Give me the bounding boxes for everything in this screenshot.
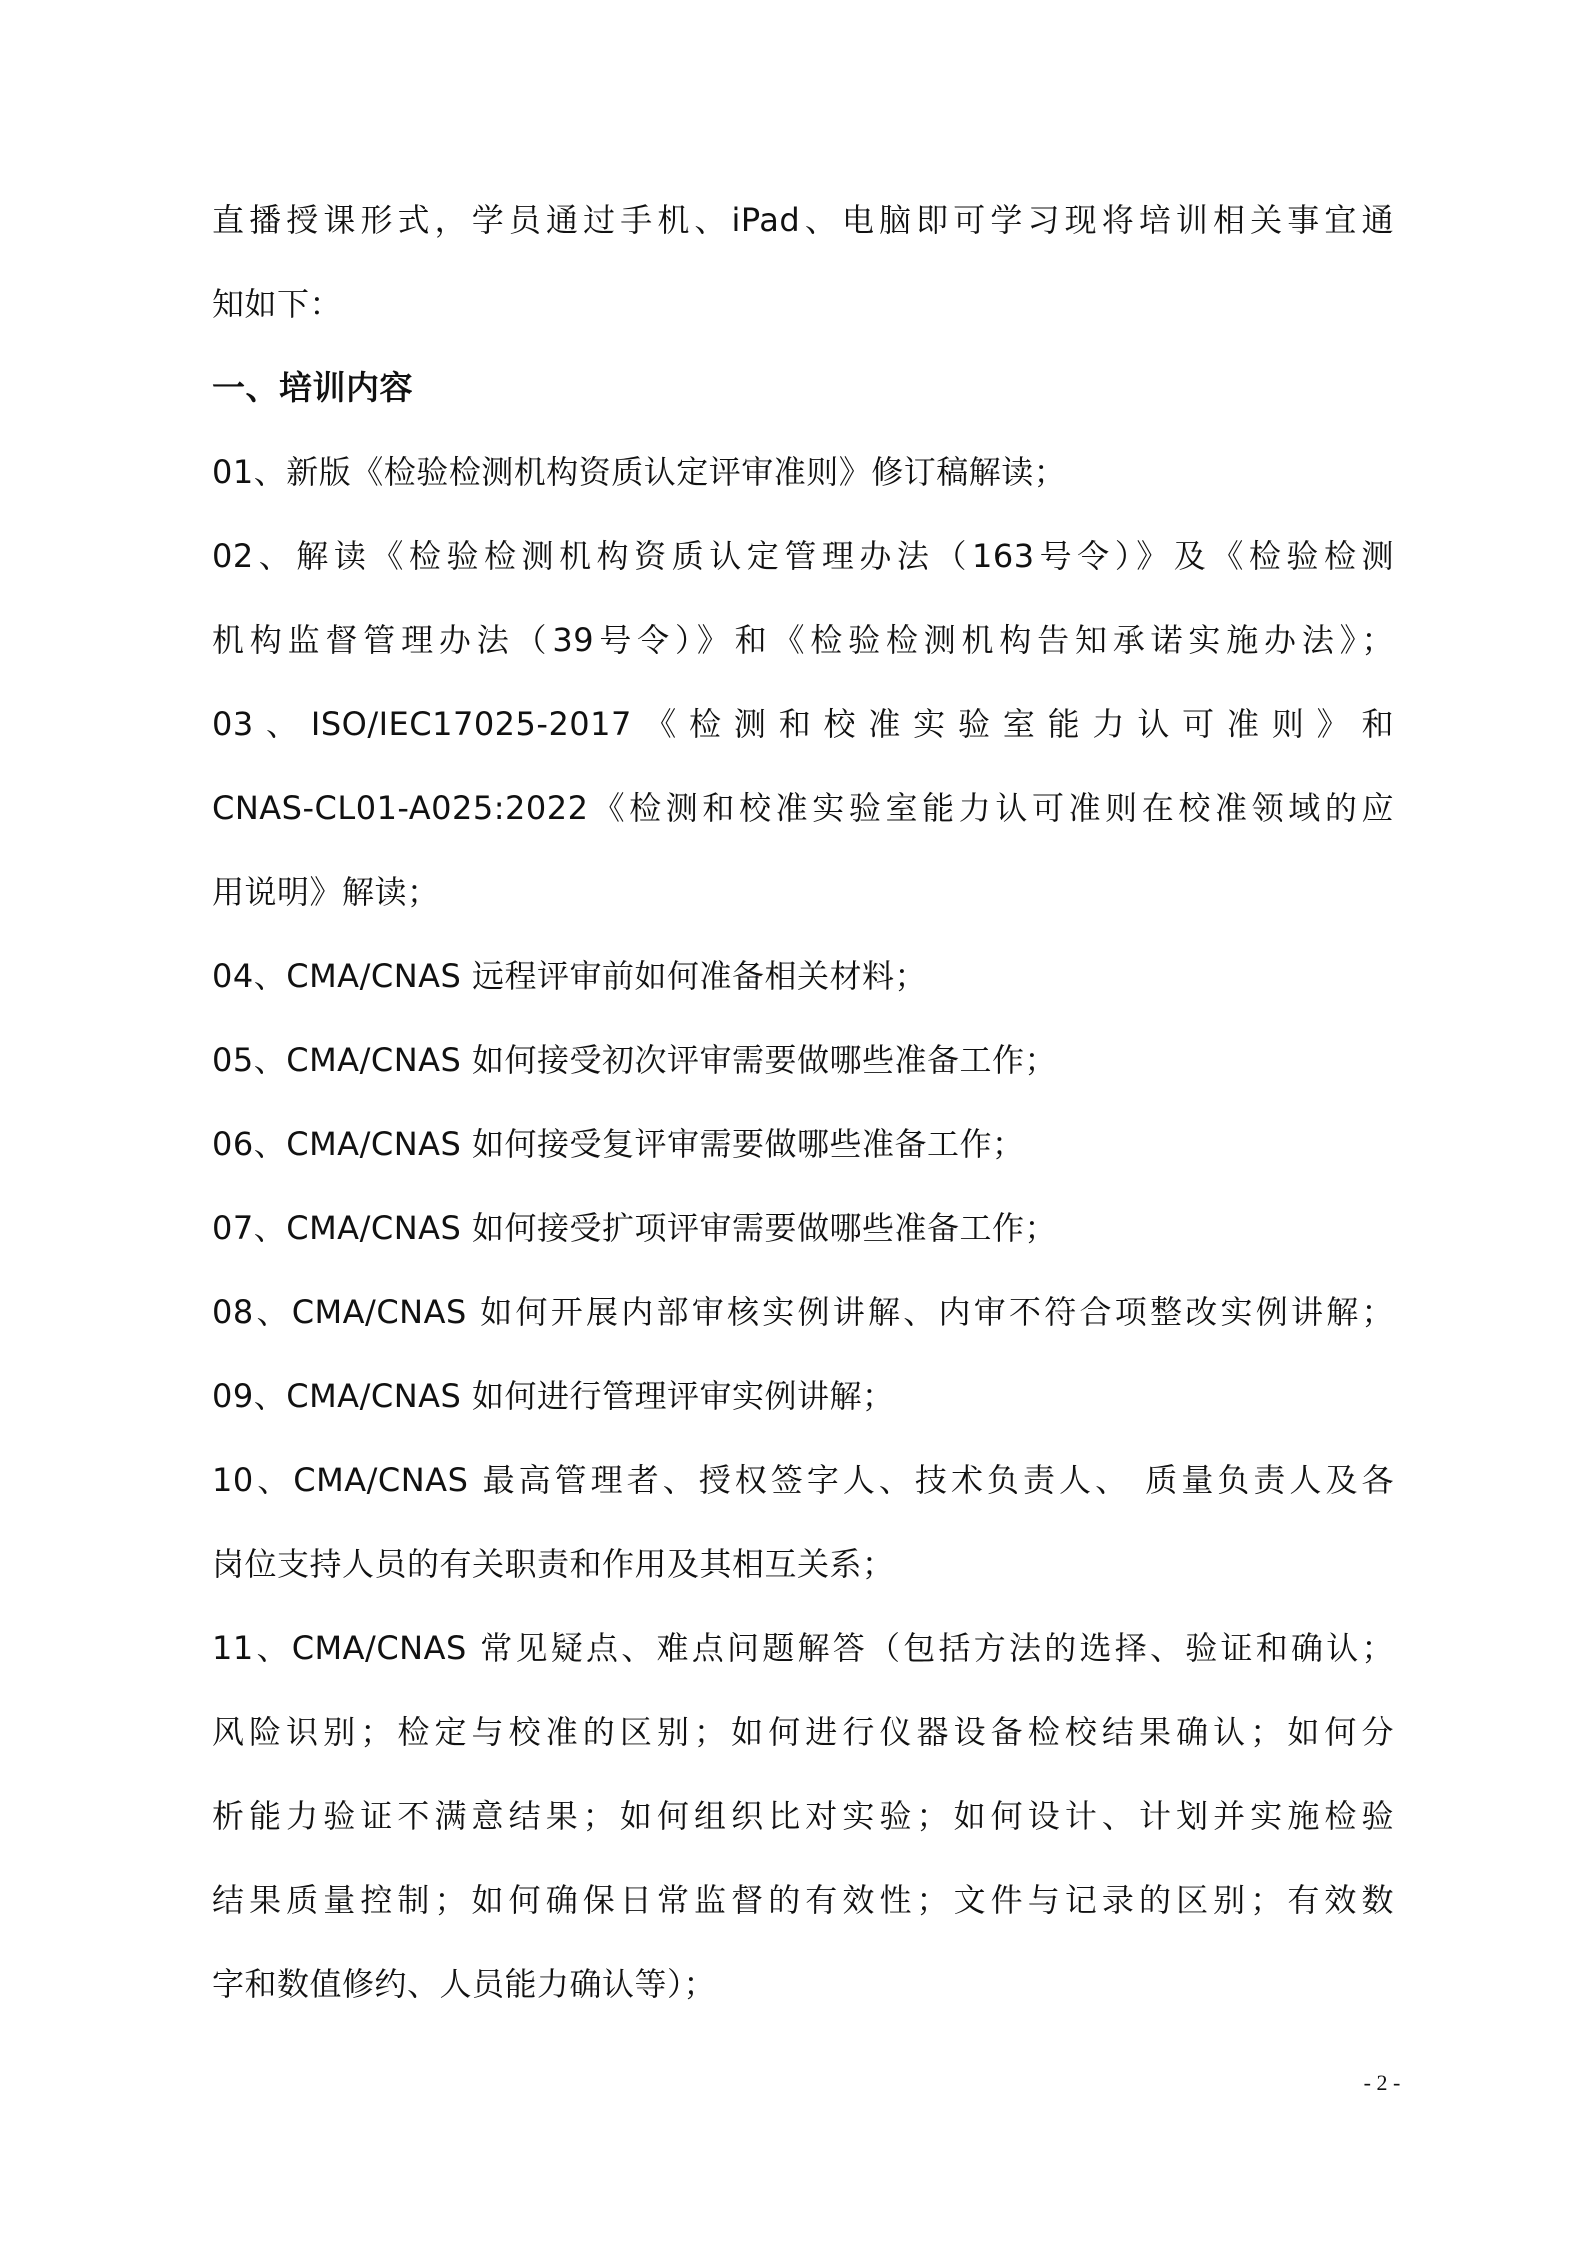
intro-line-1: 直播授课形式，学员通过手机、iPad、电脑即可学习现将培训相关事宜通 [212,178,1394,262]
list-item-line: 岗位支持人员的有关职责和作用及其相互关系； [212,1522,1394,1606]
document-page: 直播授课形式，学员通过手机、iPad、电脑即可学习现将培训相关事宜通 知如下： … [212,178,1394,2026]
list-item-line: 08、CMA/CNAS 如何开展内部审核实例讲解、内审不符合项整改实例讲解； [212,1270,1394,1354]
list-item-line: 字和数值修约、人员能力确认等）； [212,1942,1394,2026]
list-item-line: 03、ISO/IEC17025-2017《检测和校准实验室能力认可准则》和 [212,682,1394,766]
list-item-line: 机构监督管理办法（39号令）》和《检验检测机构告知承诺实施办法》； [212,598,1394,682]
list-item-06: 06、CMA/CNAS 如何接受复评审需要做哪些准备工作； [212,1102,1394,1186]
list-item-line: 02、解读《检验检测机构资质认定管理办法（163号令）》及《检验检测 [212,514,1394,598]
list-item-07: 07、CMA/CNAS 如何接受扩项评审需要做哪些准备工作； [212,1186,1394,1270]
list-item-02: 02、解读《检验检测机构资质认定管理办法（163号令）》及《检验检测 机构监督管… [212,514,1394,682]
list-item-line: 05、CMA/CNAS 如何接受初次评审需要做哪些准备工作； [212,1018,1394,1102]
list-item-01: 01、新版《检验检测机构资质认定评审准则》修订稿解读； [212,430,1394,514]
list-item-line: 用说明》解读； [212,850,1394,934]
list-item-line: 10、CMA/CNAS 最高管理者、授权签字人、技术负责人、 质量负责人及各 [212,1438,1394,1522]
list-item-03: 03、ISO/IEC17025-2017《检测和校准实验室能力认可准则》和 CN… [212,682,1394,934]
section-heading-training-content: 一、培训内容 [212,346,1394,430]
list-item-line: 04、CMA/CNAS 远程评审前如何准备相关材料； [212,934,1394,1018]
list-item-line: 结果质量控制；如何确保日常监督的有效性；文件与记录的区别；有效数 [212,1858,1394,1942]
list-item-line: 07、CMA/CNAS 如何接受扩项评审需要做哪些准备工作； [212,1186,1394,1270]
list-item-line: 析能力验证不满意结果；如何组织比对实验；如何设计、计划并实施检验 [212,1774,1394,1858]
list-item-line: 06、CMA/CNAS 如何接受复评审需要做哪些准备工作； [212,1102,1394,1186]
list-item-line: CNAS-CL01-A025:2022《检测和校准实验室能力认可准则在校准领域的… [212,766,1394,850]
page-number: - 2 - [1352,2070,1412,2096]
list-item-line: 11、CMA/CNAS 常见疑点、难点问题解答（包括方法的选择、验证和确认； [212,1606,1394,1690]
intro-line-2: 知如下： [212,262,1394,346]
list-item-line: 01、新版《检验检测机构资质认定评审准则》修订稿解读； [212,430,1394,514]
list-item-04: 04、CMA/CNAS 远程评审前如何准备相关材料； [212,934,1394,1018]
list-item-09: 09、CMA/CNAS 如何进行管理评审实例讲解； [212,1354,1394,1438]
list-item-11: 11、CMA/CNAS 常见疑点、难点问题解答（包括方法的选择、验证和确认； 风… [212,1606,1394,2026]
list-item-line: 风险识别；检定与校准的区别；如何进行仪器设备检校结果确认；如何分 [212,1690,1394,1774]
list-item-05: 05、CMA/CNAS 如何接受初次评审需要做哪些准备工作； [212,1018,1394,1102]
list-item-10: 10、CMA/CNAS 最高管理者、授权签字人、技术负责人、 质量负责人及各 岗… [212,1438,1394,1606]
list-item-08: 08、CMA/CNAS 如何开展内部审核实例讲解、内审不符合项整改实例讲解； [212,1270,1394,1354]
list-item-line: 09、CMA/CNAS 如何进行管理评审实例讲解； [212,1354,1394,1438]
